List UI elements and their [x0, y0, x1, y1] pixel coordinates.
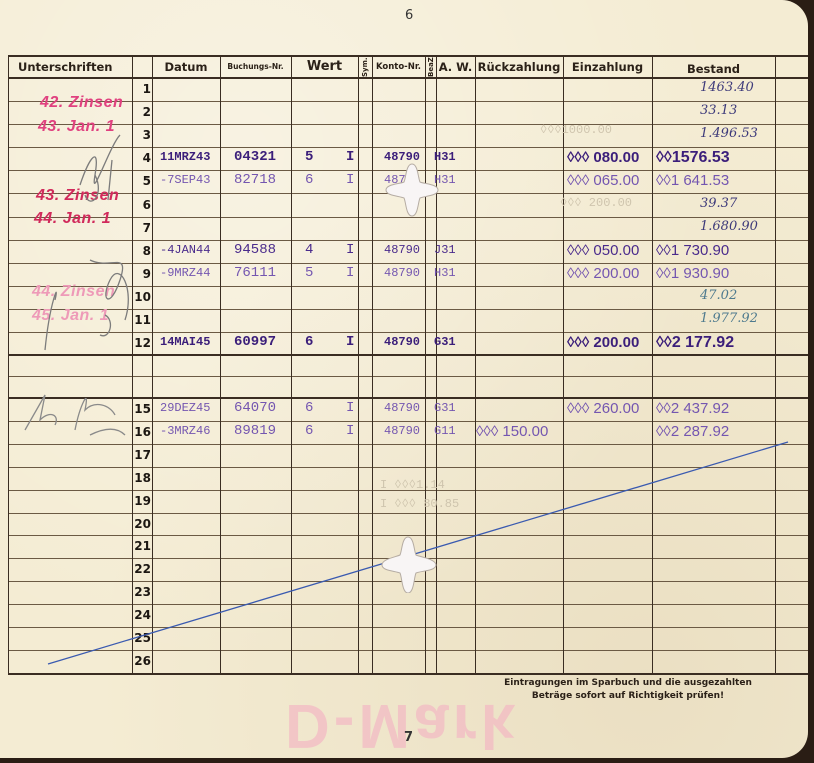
notice-line-1: Eintragungen im Sparbuch und die ausgeza… — [478, 677, 778, 690]
bottom-page-number: 7 — [404, 730, 413, 745]
notice-line-2: Beträge sofort auf Richtigkeit prüfen! — [478, 690, 778, 703]
verification-notice: Eintragungen im Sparbuch und die ausgeza… — [478, 677, 778, 703]
staple-clip — [382, 160, 442, 220]
passbook-page: D-Mark 6 Unterschriften Datum Buchungs-N… — [0, 0, 808, 758]
void-strike-line — [0, 0, 808, 758]
staple-clip — [378, 533, 438, 593]
